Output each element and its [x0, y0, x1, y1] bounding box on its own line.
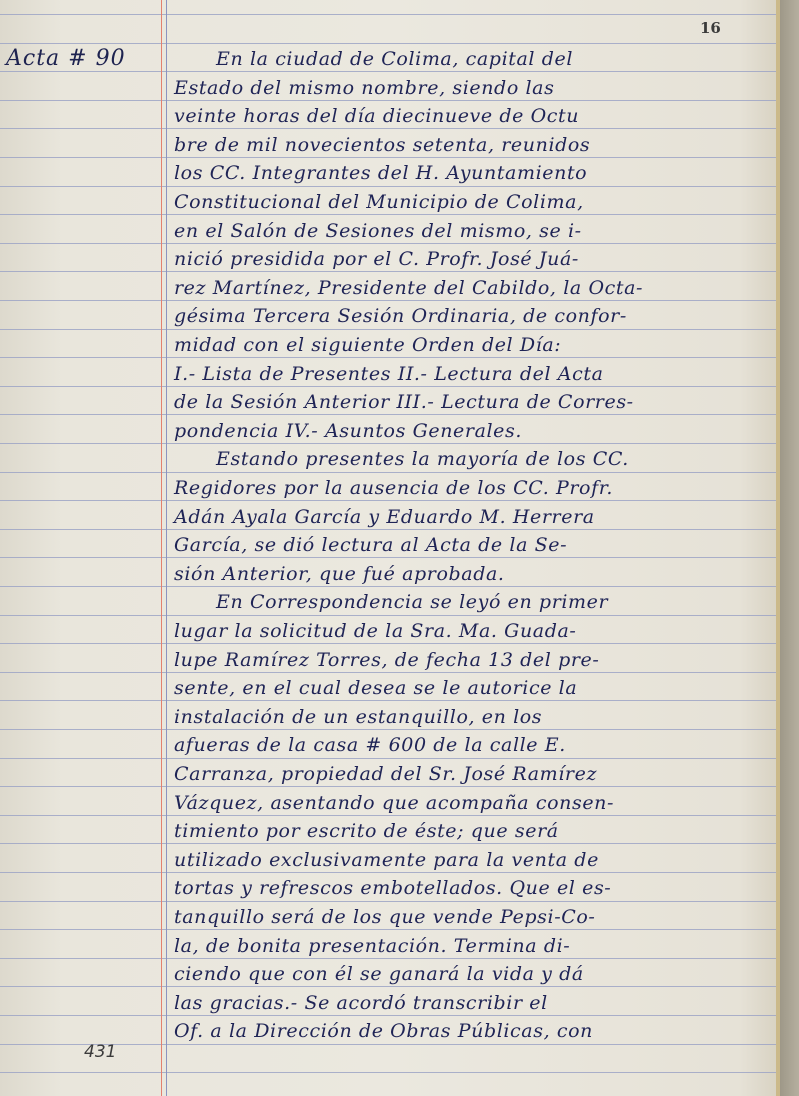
ruled-line — [0, 786, 778, 787]
text-line: lupe Ramírez Torres, de fecha 13 del pre… — [174, 649, 599, 671]
text-line: las gracias.- Se acordó transcribir el — [174, 992, 548, 1014]
ruled-line — [0, 615, 778, 616]
ruled-line — [0, 643, 778, 644]
text-line: García, se dió lectura al Acta de la Se- — [174, 534, 567, 556]
ruled-line — [0, 672, 778, 673]
ruled-line — [0, 557, 778, 558]
text-line: sión Anterior, que fué aprobada. — [174, 563, 505, 585]
folio-number: 431 — [84, 1042, 116, 1062]
ruled-line — [0, 986, 778, 987]
margin-line-blue — [166, 0, 167, 1096]
act-number-note: Acta # 90 — [6, 46, 126, 71]
ruled-line — [0, 443, 778, 444]
text-line: veinte horas del día diecinueve de Octu — [174, 105, 579, 127]
ruled-line — [0, 186, 778, 187]
text-line: rez Martínez, Presidente del Cabildo, la… — [174, 277, 643, 299]
ruled-line — [0, 958, 778, 959]
text-line: sente, en el cual desea se le autorice l… — [174, 677, 577, 699]
ruled-line — [0, 157, 778, 158]
text-line: en el Salón de Sesiones del mismo, se i- — [174, 220, 582, 242]
page-number: 16 — [700, 19, 721, 37]
text-line: Vázquez, asentando que acompaña consen- — [174, 792, 614, 814]
ruled-line — [0, 901, 778, 902]
ruled-line — [0, 357, 778, 358]
ruled-line — [0, 815, 778, 816]
text-line: instalación de un estanquillo, en los — [174, 706, 542, 728]
ruled-line — [0, 729, 778, 730]
ruled-line — [0, 243, 778, 244]
ruled-line — [0, 43, 778, 44]
ruled-line — [0, 271, 778, 272]
text-line: En Correspondencia se leyó en primer — [216, 591, 608, 613]
text-line: ciendo que con él se ganará la vida y dá — [174, 963, 584, 985]
ruled-line — [0, 414, 778, 415]
ruled-line — [0, 529, 778, 530]
text-line: los CC. Integrantes del H. Ayuntamiento — [174, 162, 587, 184]
notebook-page: 16 Acta # 90 431 En la ciudad de Colima,… — [0, 0, 778, 1096]
ruled-line — [0, 100, 778, 101]
ruled-line — [0, 14, 778, 15]
text-line: Carranza, propiedad del Sr. José Ramírez — [174, 763, 597, 785]
text-line: Of. a la Dirección de Obras Públicas, co… — [174, 1020, 593, 1042]
ruled-line — [0, 472, 778, 473]
ruled-line — [0, 929, 778, 930]
ruled-line — [0, 214, 778, 215]
text-line: timiento por escrito de éste; que será — [174, 820, 559, 842]
text-line: tanquillo será de los que vende Pepsi-Co… — [174, 906, 595, 928]
margin-line-red — [161, 0, 162, 1096]
text-line: bre de mil novecientos setenta, reunidos — [174, 134, 590, 156]
text-line: Estado del mismo nombre, siendo las — [174, 77, 554, 99]
ruled-line — [0, 872, 778, 873]
text-line: Regidores por la ausencia de los CC. Pro… — [174, 477, 613, 499]
ruled-line — [0, 386, 778, 387]
ruled-line — [0, 586, 778, 587]
text-line: de la Sesión Anterior III.- Lectura de C… — [174, 391, 634, 413]
text-line: nició presidida por el C. Profr. José Ju… — [174, 248, 579, 270]
text-line: En la ciudad de Colima, capital del — [216, 48, 573, 70]
ruled-line — [0, 1044, 778, 1045]
text-line: lugar la solicitud de la Sra. Ma. Guada- — [174, 620, 576, 642]
text-line: Constitucional del Municipio de Colima, — [174, 191, 584, 213]
text-line: midad con el siguiente Orden del Día: — [174, 334, 561, 356]
text-line: afueras de la casa # 600 de la calle E. — [174, 734, 566, 756]
text-line: pondencia IV.- Asuntos Generales. — [174, 420, 522, 442]
ruled-line — [0, 1015, 778, 1016]
ruled-line — [0, 329, 778, 330]
ruled-line — [0, 128, 778, 129]
text-line: utilizado exclusivamente para la venta d… — [174, 849, 599, 871]
book-binding-shadow — [780, 0, 799, 1096]
ruled-line — [0, 71, 778, 72]
text-line: gésima Tercera Sesión Ordinaria, de conf… — [174, 305, 627, 327]
ruled-line — [0, 700, 778, 701]
text-line: tortas y refrescos embotellados. Que el … — [174, 877, 611, 899]
ruled-line — [0, 500, 778, 501]
text-line: Adán Ayala García y Eduardo M. Herrera — [174, 506, 595, 528]
text-line: Estando presentes la mayoría de los CC. — [216, 448, 629, 470]
text-line: la, de bonita presentación. Termina di- — [174, 935, 570, 957]
ruled-line — [0, 1072, 778, 1073]
ruled-line — [0, 300, 778, 301]
text-line: I.- Lista de Presentes II.- Lectura del … — [174, 363, 604, 385]
ruled-line — [0, 758, 778, 759]
ruled-line — [0, 843, 778, 844]
